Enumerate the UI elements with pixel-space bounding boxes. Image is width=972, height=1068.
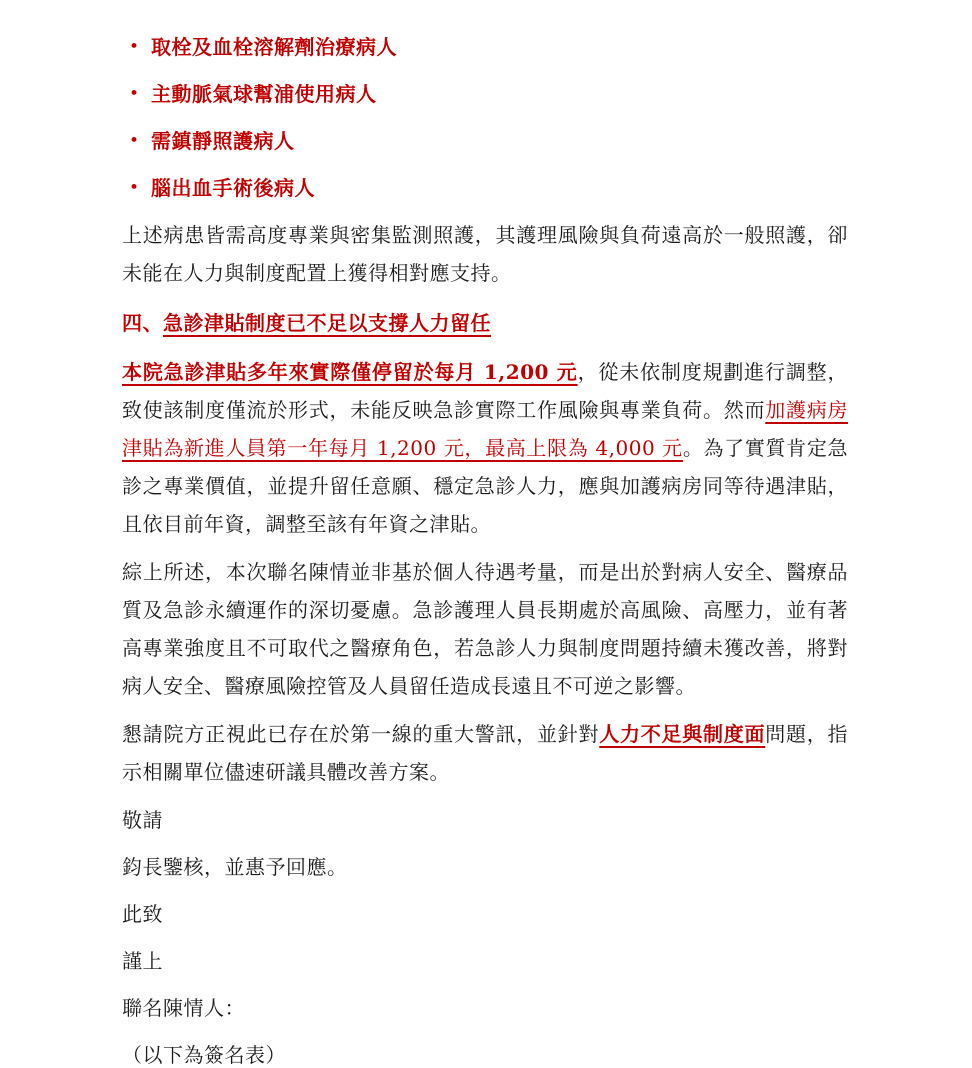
closing-review-request: 鈞長鑒核，並惠予回應。 bbox=[122, 848, 848, 886]
document-page: • 取栓及血栓溶解劑治療病人 • 主動脈氣球幫浦使用病人 • 需鎮靜照護病人 •… bbox=[0, 0, 972, 1068]
section-heading-number: 四、 bbox=[122, 311, 163, 335]
list-item: • 腦出血手術後病人 bbox=[122, 169, 848, 207]
paragraph-allowance: 本院急診津貼多年來實際僅停留於每月 1,200 元，從未依制度規劃進行調整，致使… bbox=[122, 353, 848, 543]
bullet-icon: • bbox=[122, 75, 151, 113]
section-heading-title: 急診津貼制度已不足以支撐人力留任 bbox=[163, 311, 491, 335]
bullet-icon: • bbox=[122, 28, 151, 66]
paragraph-care-summary: 上述病患皆需高度專業與密集監測照護，其護理風險與負荷遠高於一般照護，卻未能在人力… bbox=[122, 216, 848, 292]
paragraph-conclusion: 綜上所述，本次聯名陳情並非基於個人待遇考量，而是出於對病人安全、醫療品質及急診永… bbox=[122, 553, 848, 705]
bullet-text: 腦出血手術後病人 bbox=[151, 169, 315, 207]
emphasis-manpower-issue: 人力不足與制度面 bbox=[599, 722, 765, 746]
patient-type-list: • 取栓及血栓溶解劑治療病人 • 主動脈氣球幫浦使用病人 • 需鎮靜照護病人 •… bbox=[122, 28, 848, 207]
paragraph-request: 懇請院方正視此已存在於第一線的重大警訊，並針對人力不足與制度面問題，指示相關單位… bbox=[122, 715, 848, 791]
list-item: • 主動脈氣球幫浦使用病人 bbox=[122, 75, 848, 113]
list-item: • 需鎮靜照護病人 bbox=[122, 122, 848, 160]
body-text: 懇請院方正視此已存在於第一線的重大警訊，並針對 bbox=[122, 722, 599, 746]
closing-address: 此致 bbox=[122, 895, 848, 933]
section-heading-4: 四、急診津貼制度已不足以支撐人力留任 bbox=[122, 304, 848, 342]
bullet-text: 取栓及血栓溶解劑治療病人 bbox=[151, 28, 397, 66]
emphasis-current-allowance: 本院急診津貼多年來實際僅停留於每月 1,200 元 bbox=[122, 360, 578, 384]
closing-salutation: 敬請 bbox=[122, 801, 848, 839]
closing-signature-note: （以下為簽名表） bbox=[122, 1036, 848, 1068]
list-item: • 取栓及血栓溶解劑治療病人 bbox=[122, 28, 848, 66]
bullet-icon: • bbox=[122, 169, 151, 207]
closing-respectfully: 謹上 bbox=[122, 942, 848, 980]
bullet-icon: • bbox=[122, 122, 151, 160]
closing-petitioners-label: 聯名陳情人： bbox=[122, 989, 848, 1027]
bullet-text: 主動脈氣球幫浦使用病人 bbox=[151, 75, 377, 113]
bullet-text: 需鎮靜照護病人 bbox=[151, 122, 295, 160]
